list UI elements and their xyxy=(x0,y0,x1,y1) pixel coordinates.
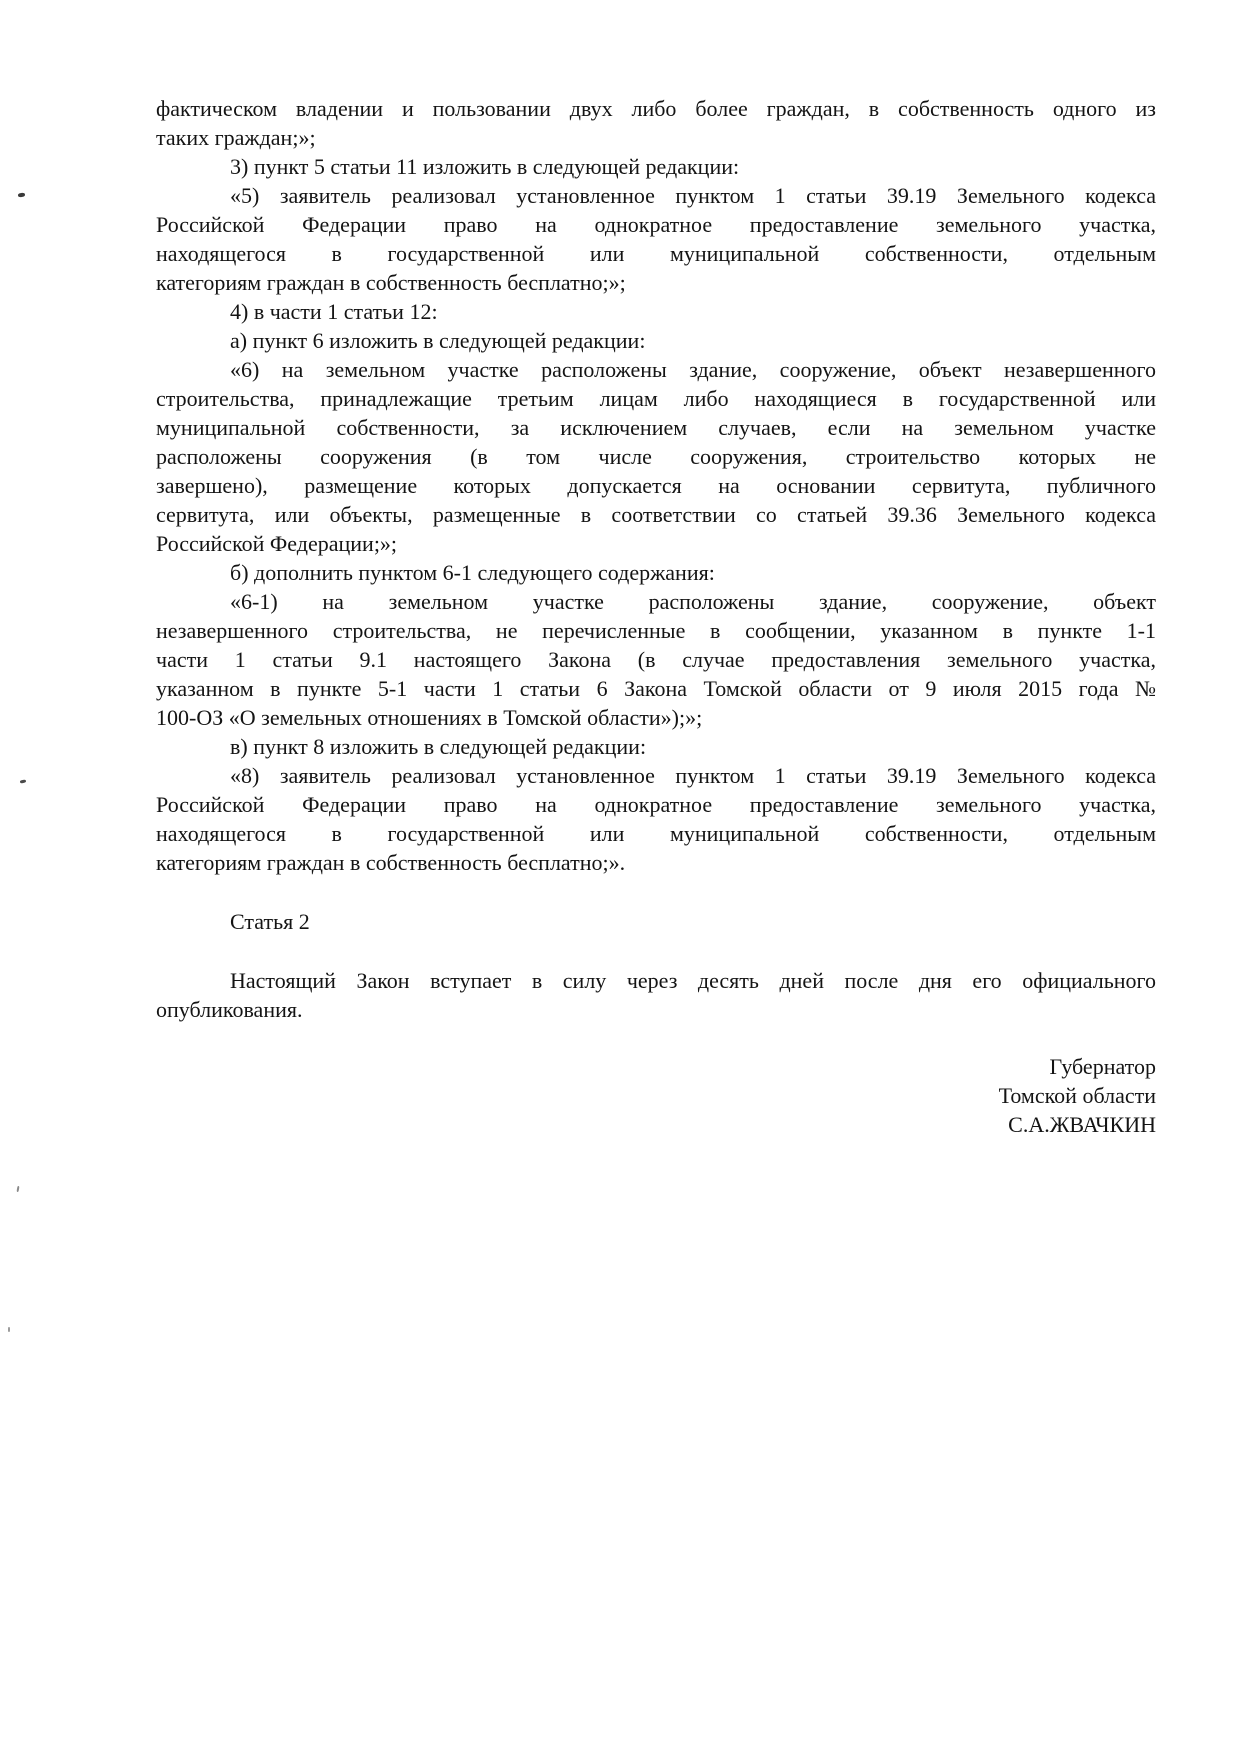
text-line: незавершенного строительства, не перечис… xyxy=(156,616,1156,645)
text-line: указанном в пункте 5-1 части 1 статьи 6 … xyxy=(156,674,1156,703)
text-line: фактическом владении и пользовании двух … xyxy=(156,94,1156,123)
document-text-block: фактическом владении и пользовании двух … xyxy=(156,94,1156,1139)
text-line: находящегося в государственной или муниц… xyxy=(156,239,1156,268)
text-line: сервитута, или объекты, размещенные в со… xyxy=(156,500,1156,529)
scanned-document-page: фактическом владении и пользовании двух … xyxy=(0,0,1240,1753)
scan-speck xyxy=(20,779,26,783)
text-line: таких граждан;»; xyxy=(156,123,1156,152)
text-line: завершено), размещение которых допускает… xyxy=(156,471,1156,500)
signature-block: Губернатор Томской области С.А.ЖВАЧКИН xyxy=(156,1052,1156,1139)
text-line: части 1 статьи 9.1 настоящего Закона (в … xyxy=(156,645,1156,674)
text-line: б) дополнить пунктом 6-1 следующего соде… xyxy=(156,558,1156,587)
text-line: категориям граждан в собственность беспл… xyxy=(156,268,1156,297)
text-line: Настоящий Закон вступает в силу через де… xyxy=(156,966,1156,995)
text-line: «6) на земельном участке расположены зда… xyxy=(156,355,1156,384)
signature-name: С.А.ЖВАЧКИН xyxy=(156,1110,1156,1139)
text-line: в) пункт 8 изложить в следующей редакции… xyxy=(156,732,1156,761)
text-line: а) пункт 6 изложить в следующей редакции… xyxy=(156,326,1156,355)
text-line: муниципальной собственности, за исключен… xyxy=(156,413,1156,442)
text-line: 3) пункт 5 статьи 11 изложить в следующе… xyxy=(156,152,1156,181)
article-heading: Статья 2 xyxy=(156,907,1156,936)
scan-speck xyxy=(8,1327,10,1332)
text-line: Российской Федерации право на однократно… xyxy=(156,210,1156,239)
text-line: категориям граждан в собственность беспл… xyxy=(156,848,1156,877)
text-line: 4) в части 1 статьи 12: xyxy=(156,297,1156,326)
scan-speck xyxy=(18,193,25,198)
text-line: 100-ОЗ «О земельных отношениях в Томской… xyxy=(156,703,1156,732)
closing-paragraph: Настоящий Закон вступает в силу через де… xyxy=(156,966,1156,1024)
text-line: опубликования. xyxy=(156,995,1156,1024)
scan-speck xyxy=(16,1186,19,1192)
signature-title-line: Губернатор xyxy=(156,1052,1156,1081)
text-line: «6-1) на земельном участке расположены з… xyxy=(156,587,1156,616)
text-line: «5) заявитель реализовал установленное п… xyxy=(156,181,1156,210)
text-line: «8) заявитель реализовал установленное п… xyxy=(156,761,1156,790)
text-line: расположены сооружения (в том числе соор… xyxy=(156,442,1156,471)
text-line: Российской Федерации право на однократно… xyxy=(156,790,1156,819)
signature-region-line: Томской области xyxy=(156,1081,1156,1110)
text-line: Российской Федерации;»; xyxy=(156,529,1156,558)
text-line: находящегося в государственной или муниц… xyxy=(156,819,1156,848)
text-line: строительства, принадлежащие третьим лиц… xyxy=(156,384,1156,413)
